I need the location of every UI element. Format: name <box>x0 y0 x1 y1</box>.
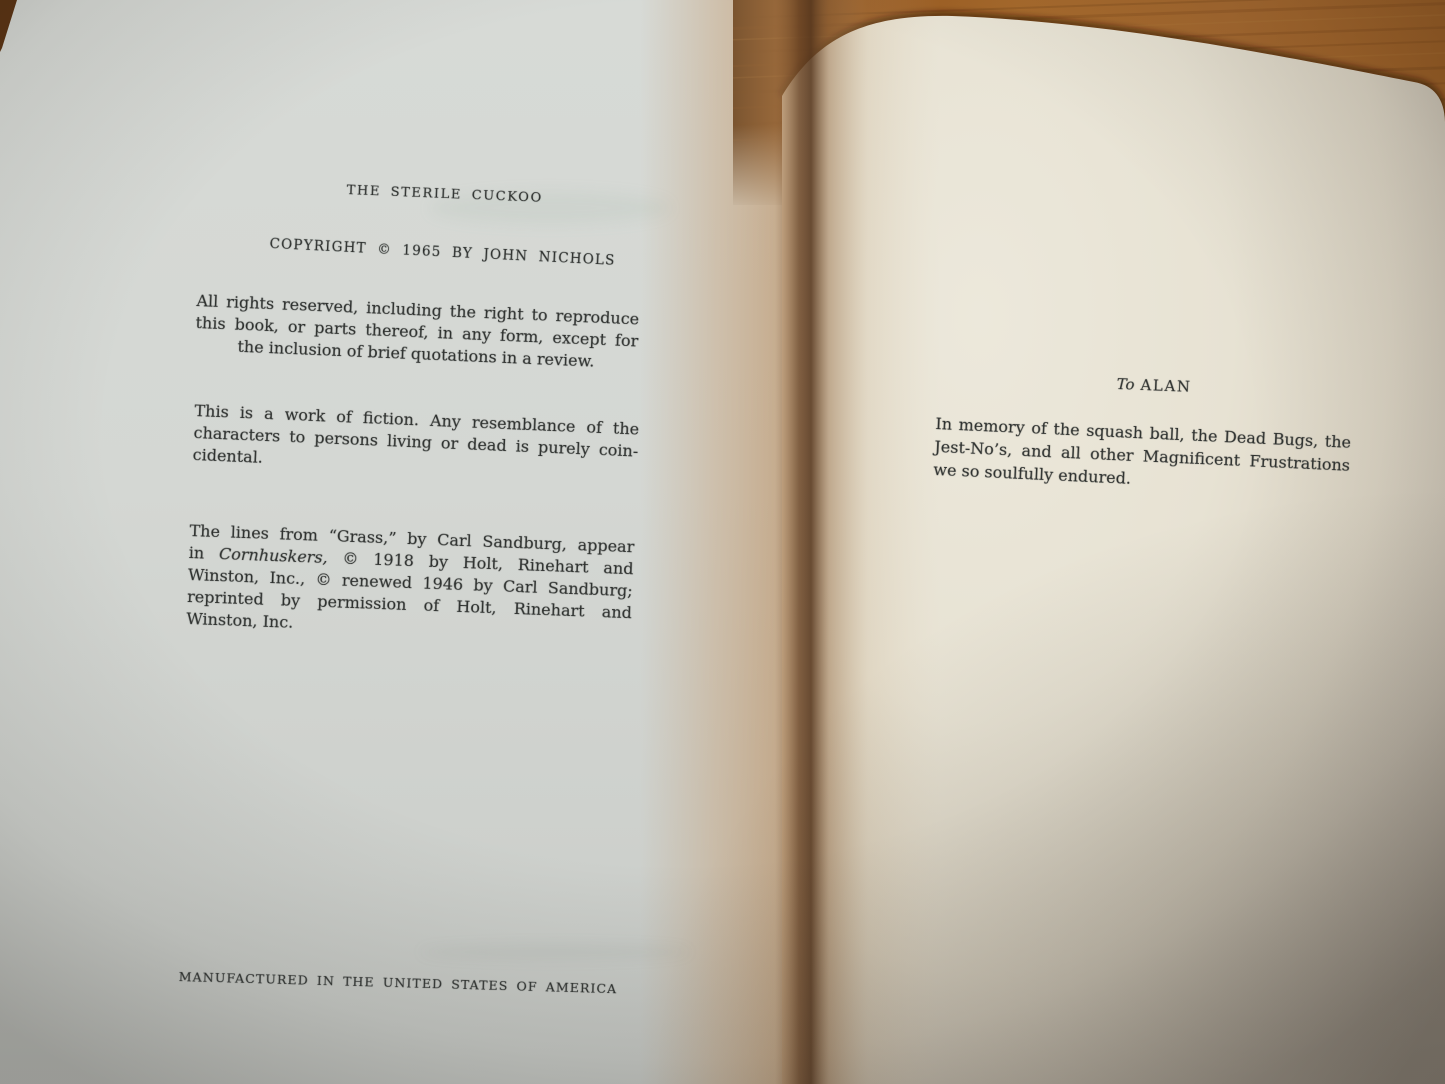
book-photo: THE STERILE CUCKOO COPYRIGHT © 1965 BY J… <box>0 0 1445 1084</box>
dedication-to: To <box>1116 375 1135 394</box>
dedication-name: ALAN <box>1140 376 1192 396</box>
dedication-title: ToALAN <box>1116 375 1192 396</box>
book-title-cornhuskers: Cornhuskers, <box>219 544 328 567</box>
permission-paragraph: The lines from “Grass,” by Carl Sandburg… <box>186 520 635 646</box>
permission-line-2-start: in <box>188 543 219 563</box>
